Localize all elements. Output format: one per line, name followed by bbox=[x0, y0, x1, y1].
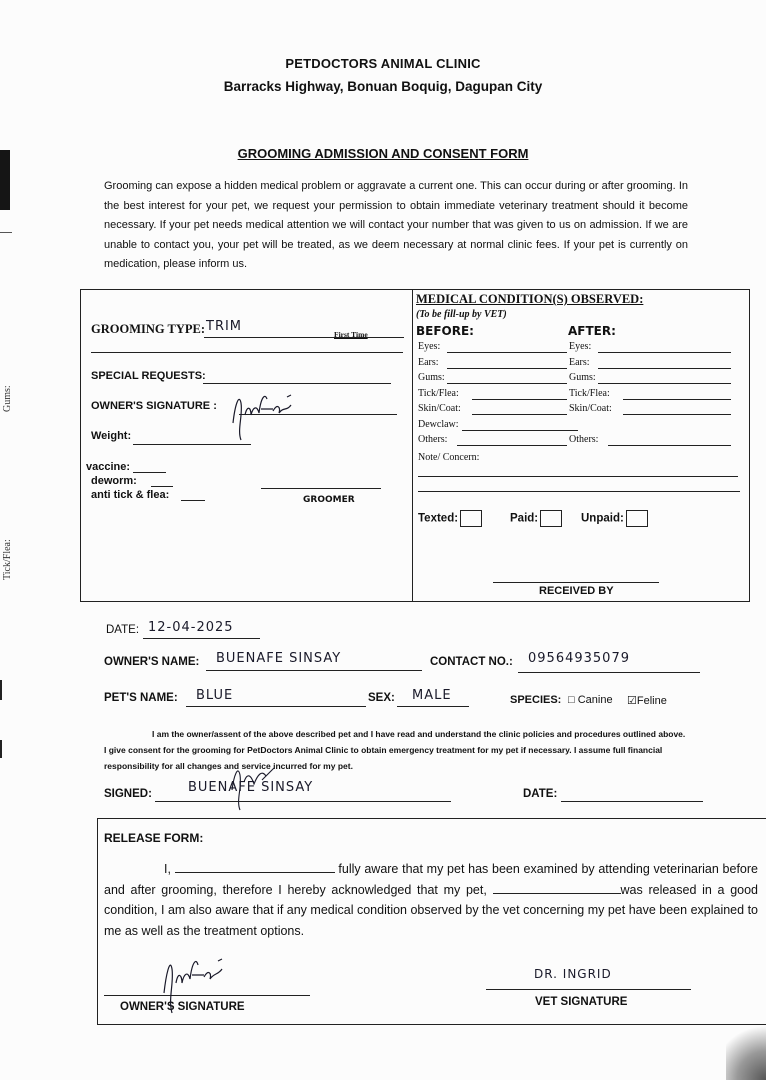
vaccine-line[interactable] bbox=[133, 472, 166, 473]
before-row-label: Others: bbox=[418, 434, 447, 445]
date-label: DATE: bbox=[106, 624, 139, 636]
release-owner-signature-scribble bbox=[148, 947, 228, 1017]
unpaid-field: Unpaid: bbox=[581, 510, 648, 527]
clinic-name: PETDOCTORS ANIMAL CLINIC bbox=[0, 56, 766, 71]
species-feline-option[interactable]: ☑Feline bbox=[627, 694, 667, 707]
background-label-tickflea: Tick/Flea: bbox=[2, 539, 13, 580]
before-row-label: Eyes: bbox=[418, 341, 440, 352]
owner-signature-scribble bbox=[221, 385, 301, 445]
release-owner-blank[interactable] bbox=[175, 861, 335, 873]
form-title: GROOMING ADMISSION AND CONSENT FORM bbox=[0, 146, 766, 161]
release-form-box: RELEASE FORM: I, fully aware that my pet… bbox=[97, 818, 766, 1025]
after-label: AFTER: bbox=[568, 324, 616, 338]
species-canine-option[interactable]: □ Canine bbox=[568, 694, 613, 706]
before-row-label: Skin/Coat: bbox=[418, 403, 461, 414]
texted-label: Texted: bbox=[418, 513, 458, 525]
release-text-part1: I, bbox=[104, 862, 171, 876]
unpaid-label: Unpaid: bbox=[581, 513, 624, 525]
after-row-label: Eyes: bbox=[569, 341, 591, 352]
grooming-extra-line bbox=[91, 352, 403, 353]
pet-name-label: PET'S NAME: bbox=[104, 692, 178, 704]
note-concern-label: Note/ Concern: bbox=[418, 452, 479, 463]
date-value[interactable]: 12-04-2025 bbox=[148, 620, 234, 635]
vet-signature-line[interactable] bbox=[486, 989, 691, 990]
after-row-label: Skin/Coat: bbox=[569, 403, 612, 414]
texted-checkbox[interactable] bbox=[460, 510, 482, 527]
intro-paragraph: Grooming can expose a hidden medical pro… bbox=[104, 177, 688, 275]
consent-form-page: Gums: Tick/Flea: PETDOCTORS ANIMAL CLINI… bbox=[0, 0, 766, 1080]
contact-line bbox=[518, 672, 700, 673]
canine-label: Canine bbox=[578, 694, 613, 706]
background-page-mark bbox=[0, 740, 2, 758]
groomer-label: GROOMER bbox=[303, 495, 355, 505]
received-by-line[interactable] bbox=[493, 582, 659, 583]
medical-title: MEDICAL CONDITION(S) OBSERVED: bbox=[416, 292, 643, 307]
photo-shadow bbox=[726, 1020, 766, 1080]
after-row-line[interactable] bbox=[598, 383, 731, 384]
consent-line-rest: I give consent for the grooming for PetD… bbox=[104, 742, 704, 774]
after-row-line[interactable] bbox=[623, 414, 731, 415]
anti-tick-label: anti tick & flea: bbox=[91, 489, 169, 501]
grooming-type-label: GROOMING TYPE: bbox=[91, 322, 205, 337]
after-row-label: Tick/Flea: bbox=[569, 388, 610, 399]
owner-name-value[interactable]: BUENAFE SINSAY bbox=[216, 651, 341, 666]
after-row-line[interactable] bbox=[623, 399, 731, 400]
vet-signature-value[interactable]: DR. INGRID bbox=[534, 967, 612, 981]
owner-signature-label: OWNER'S SIGNATURE : bbox=[91, 400, 217, 412]
before-row-label: Tick/Flea: bbox=[418, 388, 459, 399]
sex-value[interactable]: MALE bbox=[412, 688, 452, 703]
species-label: SPECIES: bbox=[510, 694, 561, 706]
after-row-line[interactable] bbox=[598, 368, 731, 369]
weight-label: Weight: bbox=[91, 430, 131, 442]
pet-name-value[interactable]: BLUE bbox=[196, 688, 233, 703]
before-row-label: Ears: bbox=[418, 357, 439, 368]
before-row-label: Dewclaw: bbox=[418, 419, 459, 430]
background-page-mark bbox=[0, 680, 2, 700]
sex-label: SEX: bbox=[368, 692, 395, 704]
grooming-details-box: GROOMING TYPE: TRIM First Time SPECIAL R… bbox=[80, 289, 414, 602]
release-paragraph: I, fully aware that my pet has been exam… bbox=[104, 859, 758, 941]
release-pet-blank[interactable] bbox=[493, 882, 621, 894]
first-time-label: First Time bbox=[334, 330, 368, 339]
after-row-line[interactable] bbox=[598, 352, 731, 353]
pet-name-line bbox=[186, 706, 366, 707]
paid-label: Paid: bbox=[510, 513, 538, 525]
date-line bbox=[143, 638, 260, 639]
before-row-line[interactable] bbox=[472, 414, 567, 415]
after-row-label: Others: bbox=[569, 434, 598, 445]
canine-checkbox-icon[interactable]: □ bbox=[568, 694, 575, 706]
after-row-label: Ears: bbox=[569, 357, 590, 368]
before-row-line[interactable] bbox=[457, 445, 567, 446]
before-row-line[interactable] bbox=[447, 352, 567, 353]
owner-name-line bbox=[206, 670, 422, 671]
note-line-1[interactable] bbox=[418, 476, 738, 477]
contact-value[interactable]: 09564935079 bbox=[528, 651, 630, 666]
before-row-line[interactable] bbox=[447, 368, 567, 369]
consent-date-label: DATE: bbox=[523, 788, 557, 800]
deworm-label: deworm: bbox=[91, 475, 137, 487]
signed-label: SIGNED: bbox=[104, 788, 152, 800]
background-label-gums: Gums: bbox=[2, 385, 13, 412]
consent-date-line[interactable] bbox=[561, 801, 703, 802]
contact-label: CONTACT NO.: bbox=[430, 656, 513, 668]
received-by-label: RECEIVED BY bbox=[539, 585, 614, 597]
consent-signature-scribble bbox=[218, 760, 278, 810]
groomer-signature-line[interactable] bbox=[261, 488, 381, 489]
deworm-line[interactable] bbox=[151, 486, 173, 487]
owner-name-label: OWNER'S NAME: bbox=[104, 656, 199, 668]
sex-line bbox=[397, 706, 469, 707]
release-form-title: RELEASE FORM: bbox=[104, 831, 203, 845]
feline-label: Feline bbox=[637, 695, 667, 707]
note-line-2[interactable] bbox=[418, 491, 740, 492]
medical-subtitle: (To be fill-up by VET) bbox=[416, 309, 507, 320]
consent-paragraph: I am the owner/assent of the above descr… bbox=[104, 726, 704, 774]
consent-line-1: I am the owner/assent of the above descr… bbox=[104, 726, 704, 742]
grooming-type-line bbox=[204, 337, 404, 338]
clinic-address: Barracks Highway, Bonuan Boquig, Dagupan… bbox=[0, 79, 766, 94]
vaccine-label: vaccine: bbox=[86, 461, 130, 473]
background-page-line bbox=[0, 232, 12, 233]
unpaid-checkbox[interactable] bbox=[626, 510, 648, 527]
signed-line bbox=[155, 801, 451, 802]
paid-checkbox[interactable] bbox=[540, 510, 562, 527]
before-row-line[interactable] bbox=[462, 430, 578, 431]
after-row-label: Gums: bbox=[569, 372, 596, 383]
before-row-line[interactable] bbox=[447, 383, 567, 384]
after-row-line[interactable] bbox=[608, 445, 731, 446]
paid-field: Paid: bbox=[510, 510, 562, 527]
anti-tick-line[interactable] bbox=[181, 500, 205, 501]
before-row-label: Gums: bbox=[418, 372, 445, 383]
special-requests-label: SPECIAL REQUESTS: bbox=[91, 370, 206, 382]
grooming-type-value[interactable]: TRIM bbox=[206, 319, 242, 334]
texted-field: Texted: bbox=[418, 510, 482, 527]
feline-checked-icon[interactable]: ☑ bbox=[627, 695, 637, 707]
medical-conditions-box: MEDICAL CONDITION(S) OBSERVED: (To be fi… bbox=[412, 289, 750, 602]
before-row-line[interactable] bbox=[472, 399, 567, 400]
special-requests-line[interactable] bbox=[203, 383, 391, 384]
before-label: BEFORE: bbox=[416, 324, 474, 338]
vet-signature-label: VET SIGNATURE bbox=[535, 996, 627, 1008]
